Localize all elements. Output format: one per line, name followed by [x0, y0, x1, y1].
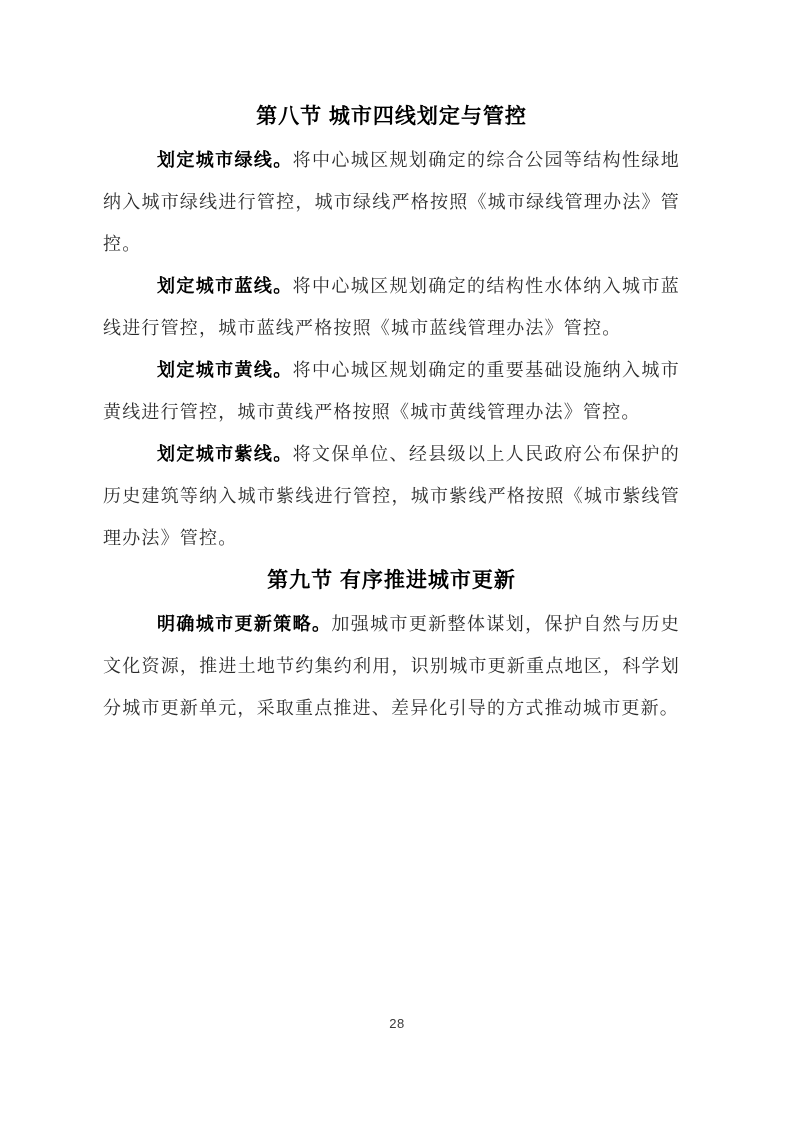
paragraph-urban-renewal: 明确城市更新策略。加强城市更新整体谋划，保护自然与历史文化资源，推进土地节约集约… — [103, 603, 680, 729]
page-number: 28 — [0, 1016, 794, 1031]
paragraph-lead: 划定城市绿线。 — [157, 150, 293, 170]
paragraph-lead: 划定城市黄线。 — [157, 360, 293, 380]
document-page: 第八节 城市四线划定与管控 划定城市绿线。将中心城区规划确定的综合公园等结构性绿… — [0, 0, 794, 1122]
paragraph-purple-line: 划定城市紫线。将文保单位、经县级以上人民政府公布保护的历史建筑等纳入城市紫线进行… — [103, 433, 680, 559]
paragraph-green-line: 划定城市绿线。将中心城区规划确定的综合公园等结构性绿地纳入城市绿线进行管控，城市… — [103, 139, 680, 265]
paragraph-lead: 划定城市紫线。 — [157, 444, 293, 464]
section-heading-8: 第八节 城市四线划定与管控 — [103, 95, 680, 139]
paragraph-lead: 明确城市更新策略。 — [157, 614, 331, 634]
section-heading-9: 第九节 有序推进城市更新 — [103, 559, 680, 603]
paragraph-yellow-line: 划定城市黄线。将中心城区规划确定的重要基础设施纳入城市黄线进行管控，城市黄线严格… — [103, 349, 680, 433]
paragraph-lead: 划定城市蓝线。 — [157, 276, 293, 296]
document-content: 第八节 城市四线划定与管控 划定城市绿线。将中心城区规划确定的综合公园等结构性绿… — [103, 95, 680, 729]
paragraph-blue-line: 划定城市蓝线。将中心城区规划确定的结构性水体纳入城市蓝线进行管控，城市蓝线严格按… — [103, 265, 680, 349]
